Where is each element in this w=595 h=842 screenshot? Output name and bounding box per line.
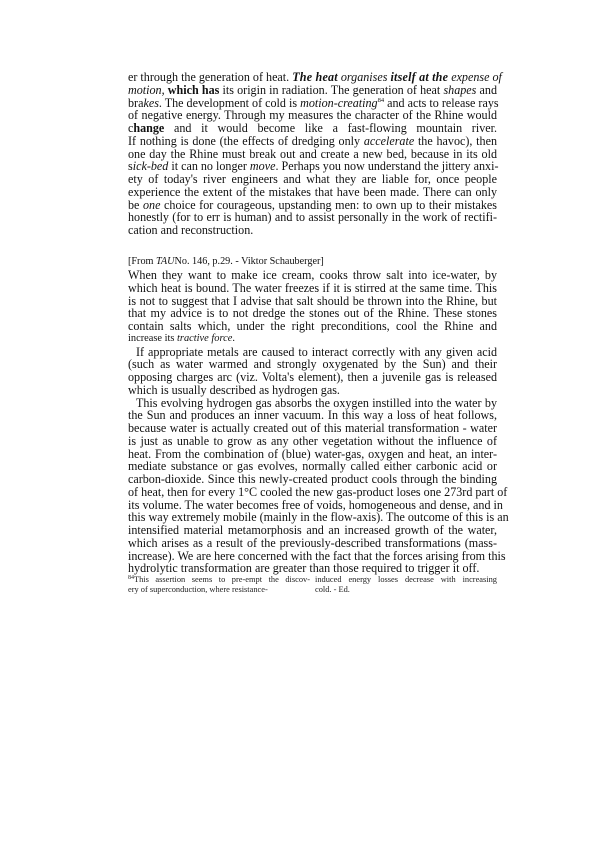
source-citation: [From TAUNo. 146, p.29. - Viktor Schaube… — [128, 256, 324, 267]
footnote-line: cold. - Ed. — [315, 585, 497, 595]
footnote-line: induced energy losses decrease with incr… — [315, 575, 497, 585]
text-line: opposing charges arc (viz. Volta's eleme… — [128, 371, 497, 384]
text-line: ety of today's river engineers and what … — [128, 173, 497, 186]
text-line: which is usually described as hydrogen g… — [128, 384, 497, 397]
footnote-column-left: 84This assertion seems to pre-empt the d… — [128, 575, 310, 595]
text-line: which arises as a result of the previous… — [128, 537, 497, 550]
footnote-column-right: induced energy losses decrease with incr… — [315, 575, 497, 595]
text-line: cation and reconstruction. — [128, 224, 497, 237]
text-line: carbon-dioxide. Since this newly-created… — [128, 473, 497, 486]
text-line: intensified material metamorphosis and a… — [128, 524, 497, 537]
footnote-line: 84This assertion seems to pre-empt the d… — [128, 575, 310, 585]
text-line: which heat is bound. The water freezes i… — [128, 282, 497, 295]
text-line: is just as unable to grow as any other v… — [128, 435, 497, 448]
citation-source-title: TAU — [156, 256, 175, 267]
footnote: 84This assertion seems to pre-empt the d… — [128, 575, 497, 595]
text-line: increase its tractive force. — [128, 333, 497, 346]
document-page: er through the generation of heat. The h… — [0, 0, 595, 842]
text-line: because water is actually created out of… — [128, 422, 497, 435]
text-line: When they want to make ice cream, cooks … — [128, 269, 497, 282]
footnote-line: ery of superconduction, where resistance… — [128, 585, 310, 595]
text-line: contain salts which, under the right pre… — [128, 320, 497, 333]
paragraph-continued: er through the generation of heat. The h… — [128, 71, 497, 237]
text-line: of heat, then for every 1°C cooled the n… — [128, 486, 497, 499]
quoted-article: When they want to make ice cream, cooks … — [128, 269, 497, 575]
text-line: hydrolytic transformation are greater th… — [128, 562, 497, 575]
text-line: If nothing is done (the effects of dredg… — [128, 135, 497, 148]
